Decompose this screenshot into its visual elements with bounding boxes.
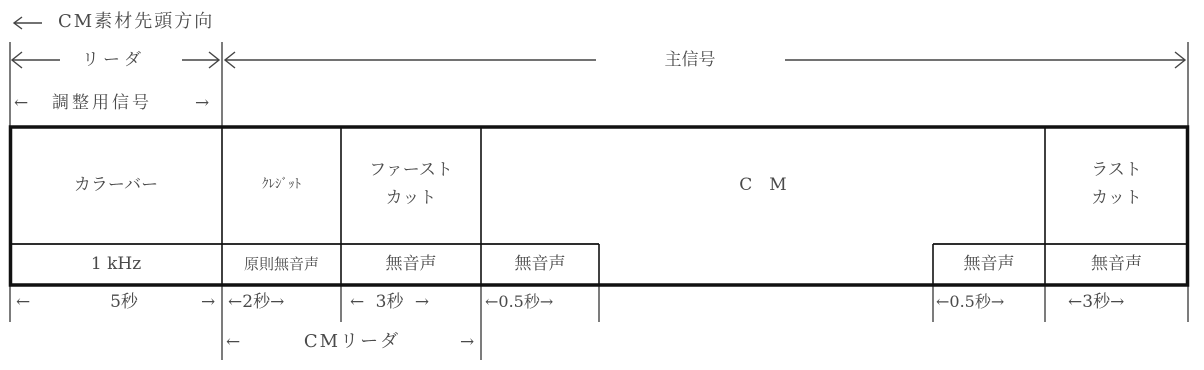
duration-first-cut-row: ← 3秒 → [350, 292, 429, 312]
arrow-left-icon: ← [936, 292, 949, 311]
audio-credit: 原則無音声 [222, 251, 341, 277]
cm-leader-label: CMリーダ [304, 332, 400, 352]
block-first-cut-line1: ファースト [341, 157, 481, 183]
arrow-right-icon: → [460, 332, 474, 352]
arrow-left-icon: ← [226, 332, 240, 352]
block-last-cut-line1: ラスト [1045, 157, 1188, 183]
arrow-right-icon: → [201, 292, 215, 312]
adjust-signal-label: 調整用信号 [52, 93, 152, 113]
arrow-left-icon: ← [14, 93, 28, 113]
duration-last-cut-row: ←3秒→ [1068, 292, 1124, 312]
audio-cm-end: 無音声 [933, 251, 1045, 277]
audio-first-cut: 無音声 [341, 251, 481, 277]
duration-cm-end: 0.5秒 [949, 292, 990, 311]
arrow-left-icon: ← [1068, 292, 1082, 312]
duration-cm-end-row: ←0.5秒→ [936, 292, 1004, 312]
duration-colorbar: 5秒 [110, 292, 138, 312]
arrow-left-icon: ← [16, 292, 30, 312]
duration-cm-start-row: ←0.5秒→ [485, 292, 553, 312]
block-credit: ｸﾚｼﾞｯﾄ [222, 172, 341, 198]
duration-first-cut: 3秒 [376, 292, 404, 312]
duration-credit: 2秒 [242, 292, 270, 312]
duration-cm-start: 0.5秒 [498, 292, 539, 311]
block-colorbar: カラーバー [10, 172, 222, 198]
arrow-right-icon: → [991, 292, 1004, 311]
audio-cm-start: 無音声 [481, 251, 599, 277]
arrow-left-icon: ← [485, 292, 498, 311]
audio-colorbar: 1 kHz [10, 251, 222, 277]
leader-label: リーダ [82, 50, 145, 70]
block-cm: C M [481, 172, 1045, 198]
arrow-right-icon: → [540, 292, 553, 311]
arrow-right-icon: → [415, 292, 429, 312]
main-signal-label: 主信号 [665, 50, 716, 70]
arrow-right-icon: → [195, 93, 209, 113]
block-last-cut-line2: カット [1045, 185, 1188, 211]
arrow-right-icon: → [1110, 292, 1124, 312]
audio-last-cut: 無音声 [1045, 251, 1188, 277]
duration-last-cut: 3秒 [1082, 292, 1110, 312]
block-first-cut-line2: カット [341, 185, 481, 211]
arrow-left-icon: ← [228, 292, 242, 312]
direction-label: CM素材先頭方向 [58, 12, 214, 32]
arrow-right-icon: → [270, 292, 284, 312]
arrow-left-icon: ← [350, 292, 364, 312]
duration-credit-row: ←2秒→ [228, 292, 284, 312]
